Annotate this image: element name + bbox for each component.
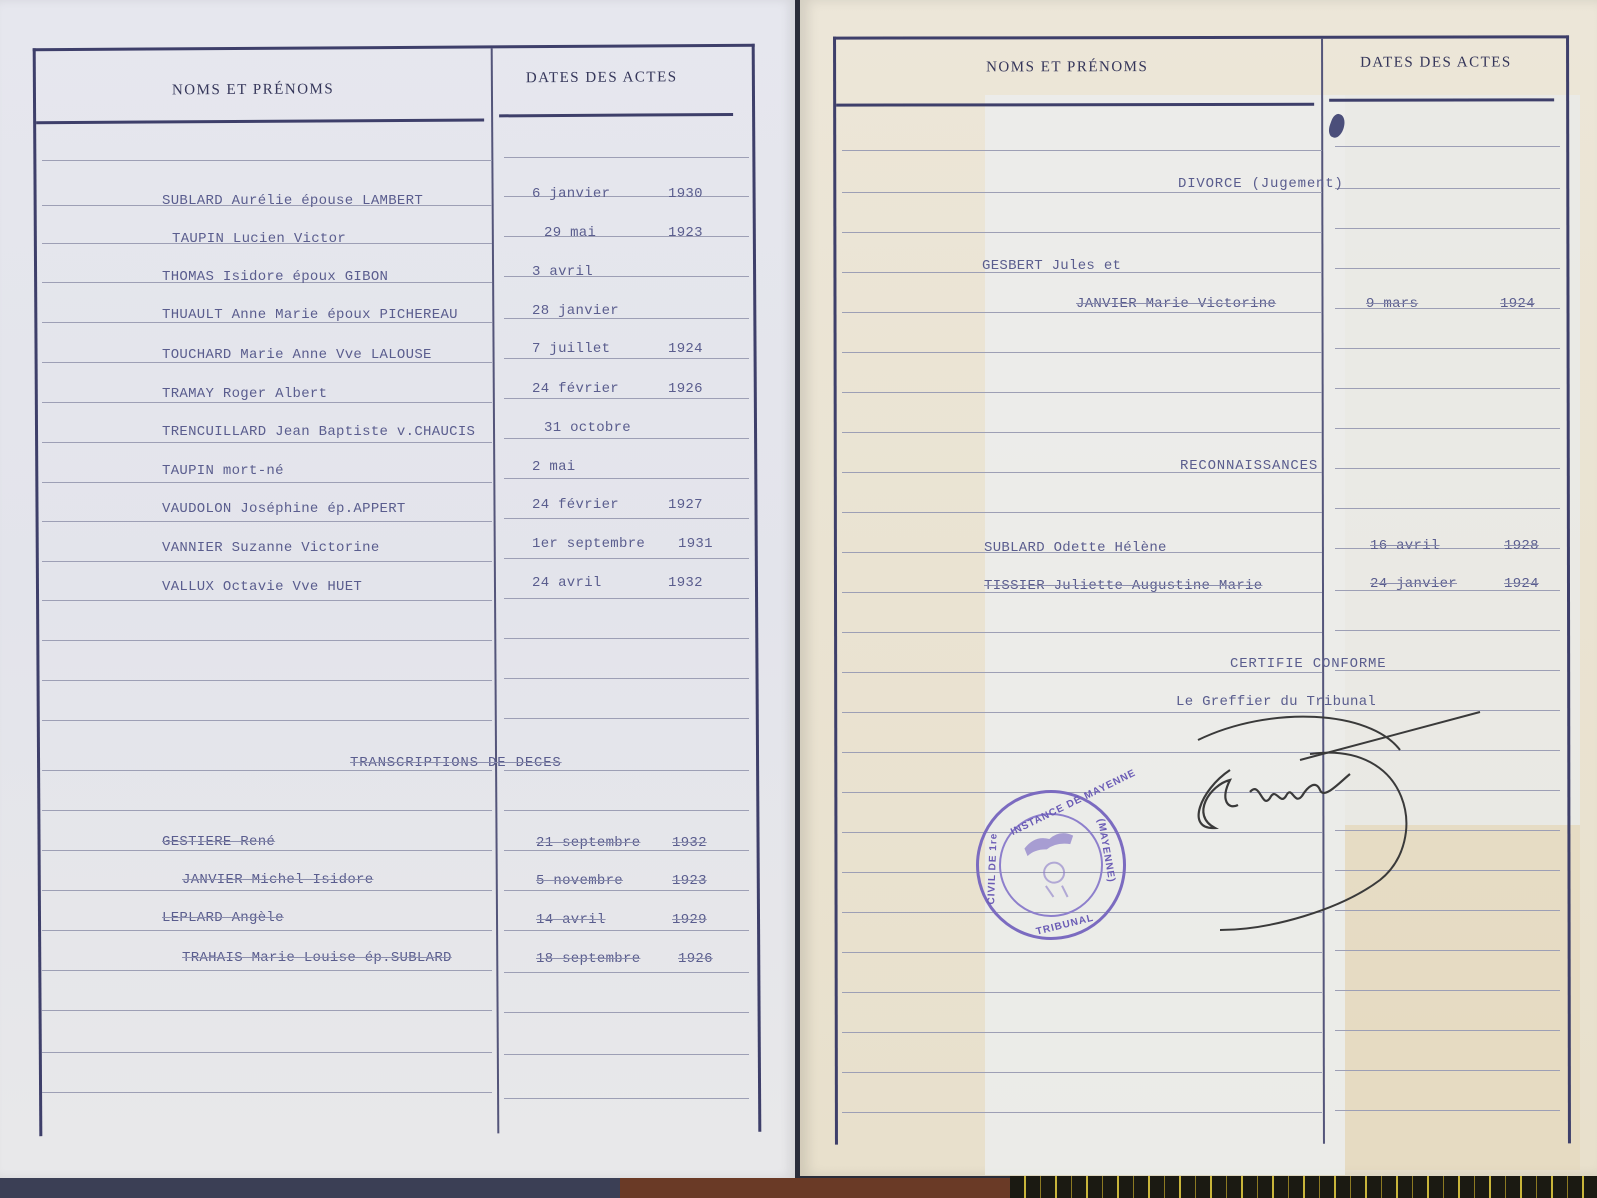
death-entry-name: LEPLARD Angèle (162, 910, 284, 926)
death-entry-name: GESTIERE René (162, 834, 275, 850)
entry-year: 1927 (668, 497, 703, 513)
recognition-entry-name: SUBLARD Odette Hélène (984, 540, 1167, 556)
section-title-deaths: TRANSCRIPTIONS DE DECES (350, 755, 562, 771)
entry-date: 24 février (532, 497, 619, 513)
entry-date: 31 octobre (544, 420, 631, 436)
entry-date: 24 février (532, 381, 619, 397)
recognition-entry-date: 16 avril (1370, 538, 1440, 554)
entry-name: TOUCHARD Marie Anne Vve LALOUSE (162, 347, 432, 363)
entry-date: 3 avril (532, 264, 593, 280)
entry-date: 1er septembre (532, 536, 645, 552)
death-entry-year: 1926 (678, 951, 713, 967)
entry-year: 1931 (678, 536, 713, 552)
death-entry-year: 1929 (672, 912, 707, 928)
entry-date: 29 mai (544, 225, 596, 241)
entry-name: VAUDOLON Joséphine ép.APPERT (162, 501, 406, 517)
death-entry-date: 21 septembre (536, 835, 640, 851)
divorce-party-2: JANVIER Marie Victorine (1076, 296, 1276, 312)
entry-name: VALLUX Octavie Vve HUET (162, 579, 362, 595)
death-entry-name: JANVIER Michel Isidore (182, 872, 373, 888)
entry-date: 24 avril (532, 575, 602, 591)
entry-year: 1926 (668, 381, 703, 397)
section-title-divorce: DIVORCE (Jugement) (1178, 176, 1344, 192)
left-header-dates: DATES DES ACTES (526, 69, 678, 87)
stamp-emblem-icon (1014, 820, 1094, 909)
right-header-rule-names (836, 103, 1314, 107)
death-entry-year: 1932 (672, 835, 707, 851)
right-header-names: NOMS ET PRÉNOMS (986, 59, 1148, 76)
recognition-entry-year: 1924 (1504, 576, 1539, 592)
right-header-dates: DATES DES ACTES (1360, 54, 1512, 71)
recognition-entry-date: 24 janvier (1370, 576, 1457, 592)
entry-name: THUAULT Anne Marie époux PICHEREAU (162, 307, 458, 323)
entry-year: 1924 (668, 341, 703, 357)
entry-year: 1932 (668, 575, 703, 591)
death-entry-year: 1923 (672, 873, 707, 889)
death-entry-date: 5 novembre (536, 873, 623, 889)
left-header-rule-dates (499, 113, 733, 117)
entry-name: TRENCUILLARD Jean Baptiste v.CHAUCIS (162, 424, 475, 440)
divorce-year: 1924 (1500, 296, 1535, 312)
entry-name: TAUPIN Lucien Victor (172, 231, 346, 247)
recognition-entry-name: TISSIER Juliette Augustine Marie (984, 578, 1262, 594)
entry-name: TAUPIN mort-né (162, 463, 284, 479)
entry-name: SUBLARD Aurélie épouse LAMBERT (162, 193, 423, 209)
right-header-rule-dates (1329, 98, 1554, 101)
entry-year: 1930 (668, 186, 703, 202)
left-header-names: NOMS ET PRÉNOMS (172, 81, 334, 99)
death-entry-date: 18 septembre (536, 951, 640, 967)
certification-signatory: Le Greffier du Tribunal (1176, 694, 1376, 710)
entry-date: 28 janvier (532, 303, 619, 319)
left-header-rule-names (36, 118, 484, 124)
recognition-entry-year: 1928 (1504, 538, 1539, 554)
section-title-recognitions: RECONNAISSANCES (1180, 458, 1318, 474)
stamp-left-text: CIVIL DE 1re (986, 833, 1000, 905)
certification-title: CERTIFIE CONFORME (1230, 656, 1386, 672)
entry-date: 2 mai (532, 459, 576, 475)
entry-name: THOMAS Isidore époux GIBON (162, 269, 388, 285)
death-entry-date: 14 avril (536, 912, 606, 928)
divorce-date: 9 mars (1366, 296, 1418, 312)
entry-name: TRAMAY Roger Albert (162, 386, 327, 402)
greffier-signature (1190, 710, 1520, 940)
background-floor-left (0, 1178, 620, 1198)
entry-year: 1923 (668, 225, 703, 241)
death-entry-name: TRAHAIS Marie Louise ép.SUBLARD (182, 950, 452, 966)
entry-date: 6 janvier (532, 186, 610, 202)
divorce-party-1: GESBERT Jules et (982, 258, 1121, 274)
entry-name: VANNIER Suzanne Victorine (162, 540, 380, 556)
entry-date: 7 juillet (532, 341, 610, 357)
background-floor-mid (620, 1178, 1010, 1198)
